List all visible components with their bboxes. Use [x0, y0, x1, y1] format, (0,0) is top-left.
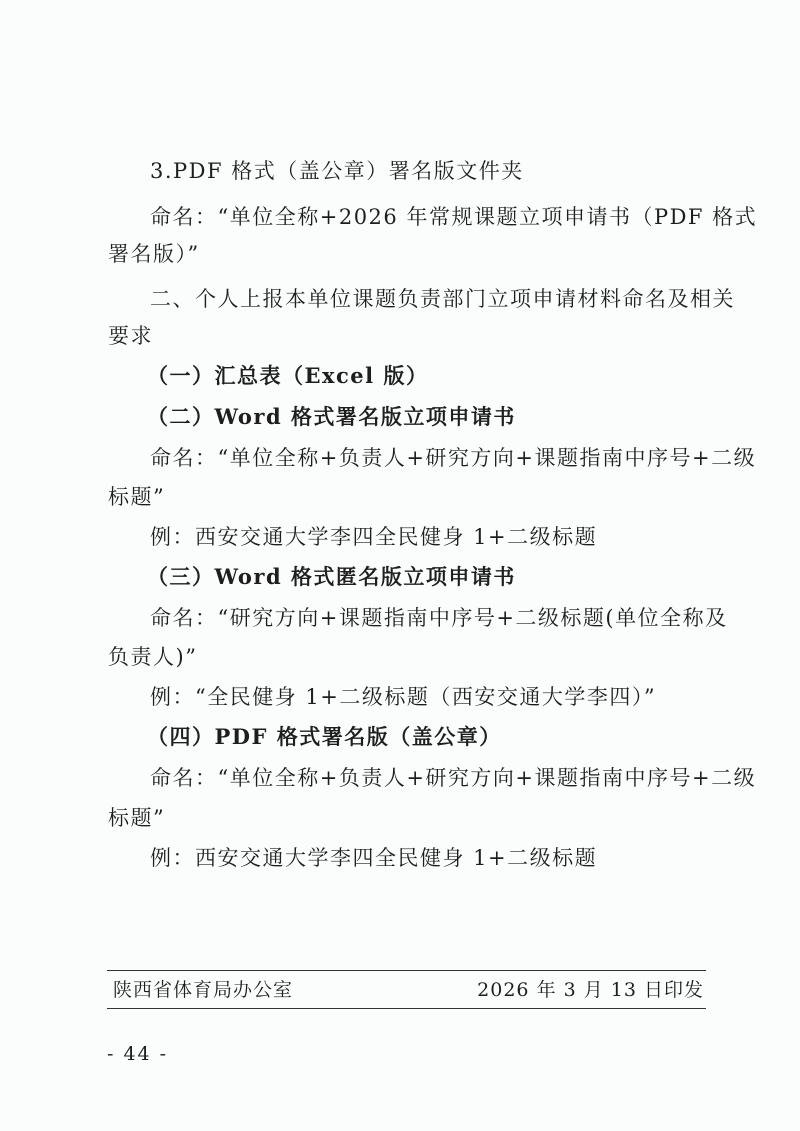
example-line: 例：“全民健身 1+二级标题（西安交通大学李四）” — [150, 683, 656, 711]
issue-date: 2026 年 3 月 13 日印发 — [477, 977, 704, 1003]
naming-rule-line-cont: 标题” — [108, 804, 165, 832]
subsection-4-title: （四）PDF 格式署名版（盖公章） — [147, 723, 502, 751]
issuer-name: 陕西省体育局办公室 — [113, 977, 293, 1003]
example-line: 例：西安交通大学李四全民健身 1+二级标题 — [150, 523, 597, 551]
subsection-1-title: （一）汇总表（Excel 版） — [147, 362, 428, 390]
naming-rule-line: 命名：“研究方向+课题指南中序号+二级标题(单位全称及 — [150, 604, 728, 632]
naming-rule-line-cont: 署名版）” — [108, 240, 200, 268]
section-heading-2: 二、个人上报本单位课题负责部门立项申请材料命名及相关 — [150, 285, 735, 313]
naming-rule-line: 命名：“单位全称+2026 年常规课题立项申请书（PDF 格式 — [150, 203, 757, 231]
section-item-3-title: 3.PDF 格式（盖公章）署名版文件夹 — [150, 157, 524, 185]
naming-rule-line: 命名：“单位全称+负责人+研究方向+课题指南中序号+二级 — [150, 764, 756, 792]
footer-top-rule — [107, 970, 706, 971]
naming-rule-line: 命名：“单位全称+负责人+研究方向+课题指南中序号+二级 — [150, 444, 756, 472]
subsection-2-title: （二）Word 格式署名版立项申请书 — [147, 403, 516, 431]
subsection-3-title: （三）Word 格式匿名版立项申请书 — [147, 563, 516, 591]
footer-bottom-rule — [107, 1008, 706, 1009]
example-line: 例：西安交通大学李四全民健身 1+二级标题 — [150, 844, 597, 872]
section-heading-2-cont: 要求 — [108, 322, 153, 350]
naming-rule-line-cont: 标题” — [108, 483, 165, 511]
page-number: - 44 - — [107, 1043, 168, 1065]
naming-rule-line-cont: 负责人)” — [108, 643, 197, 671]
